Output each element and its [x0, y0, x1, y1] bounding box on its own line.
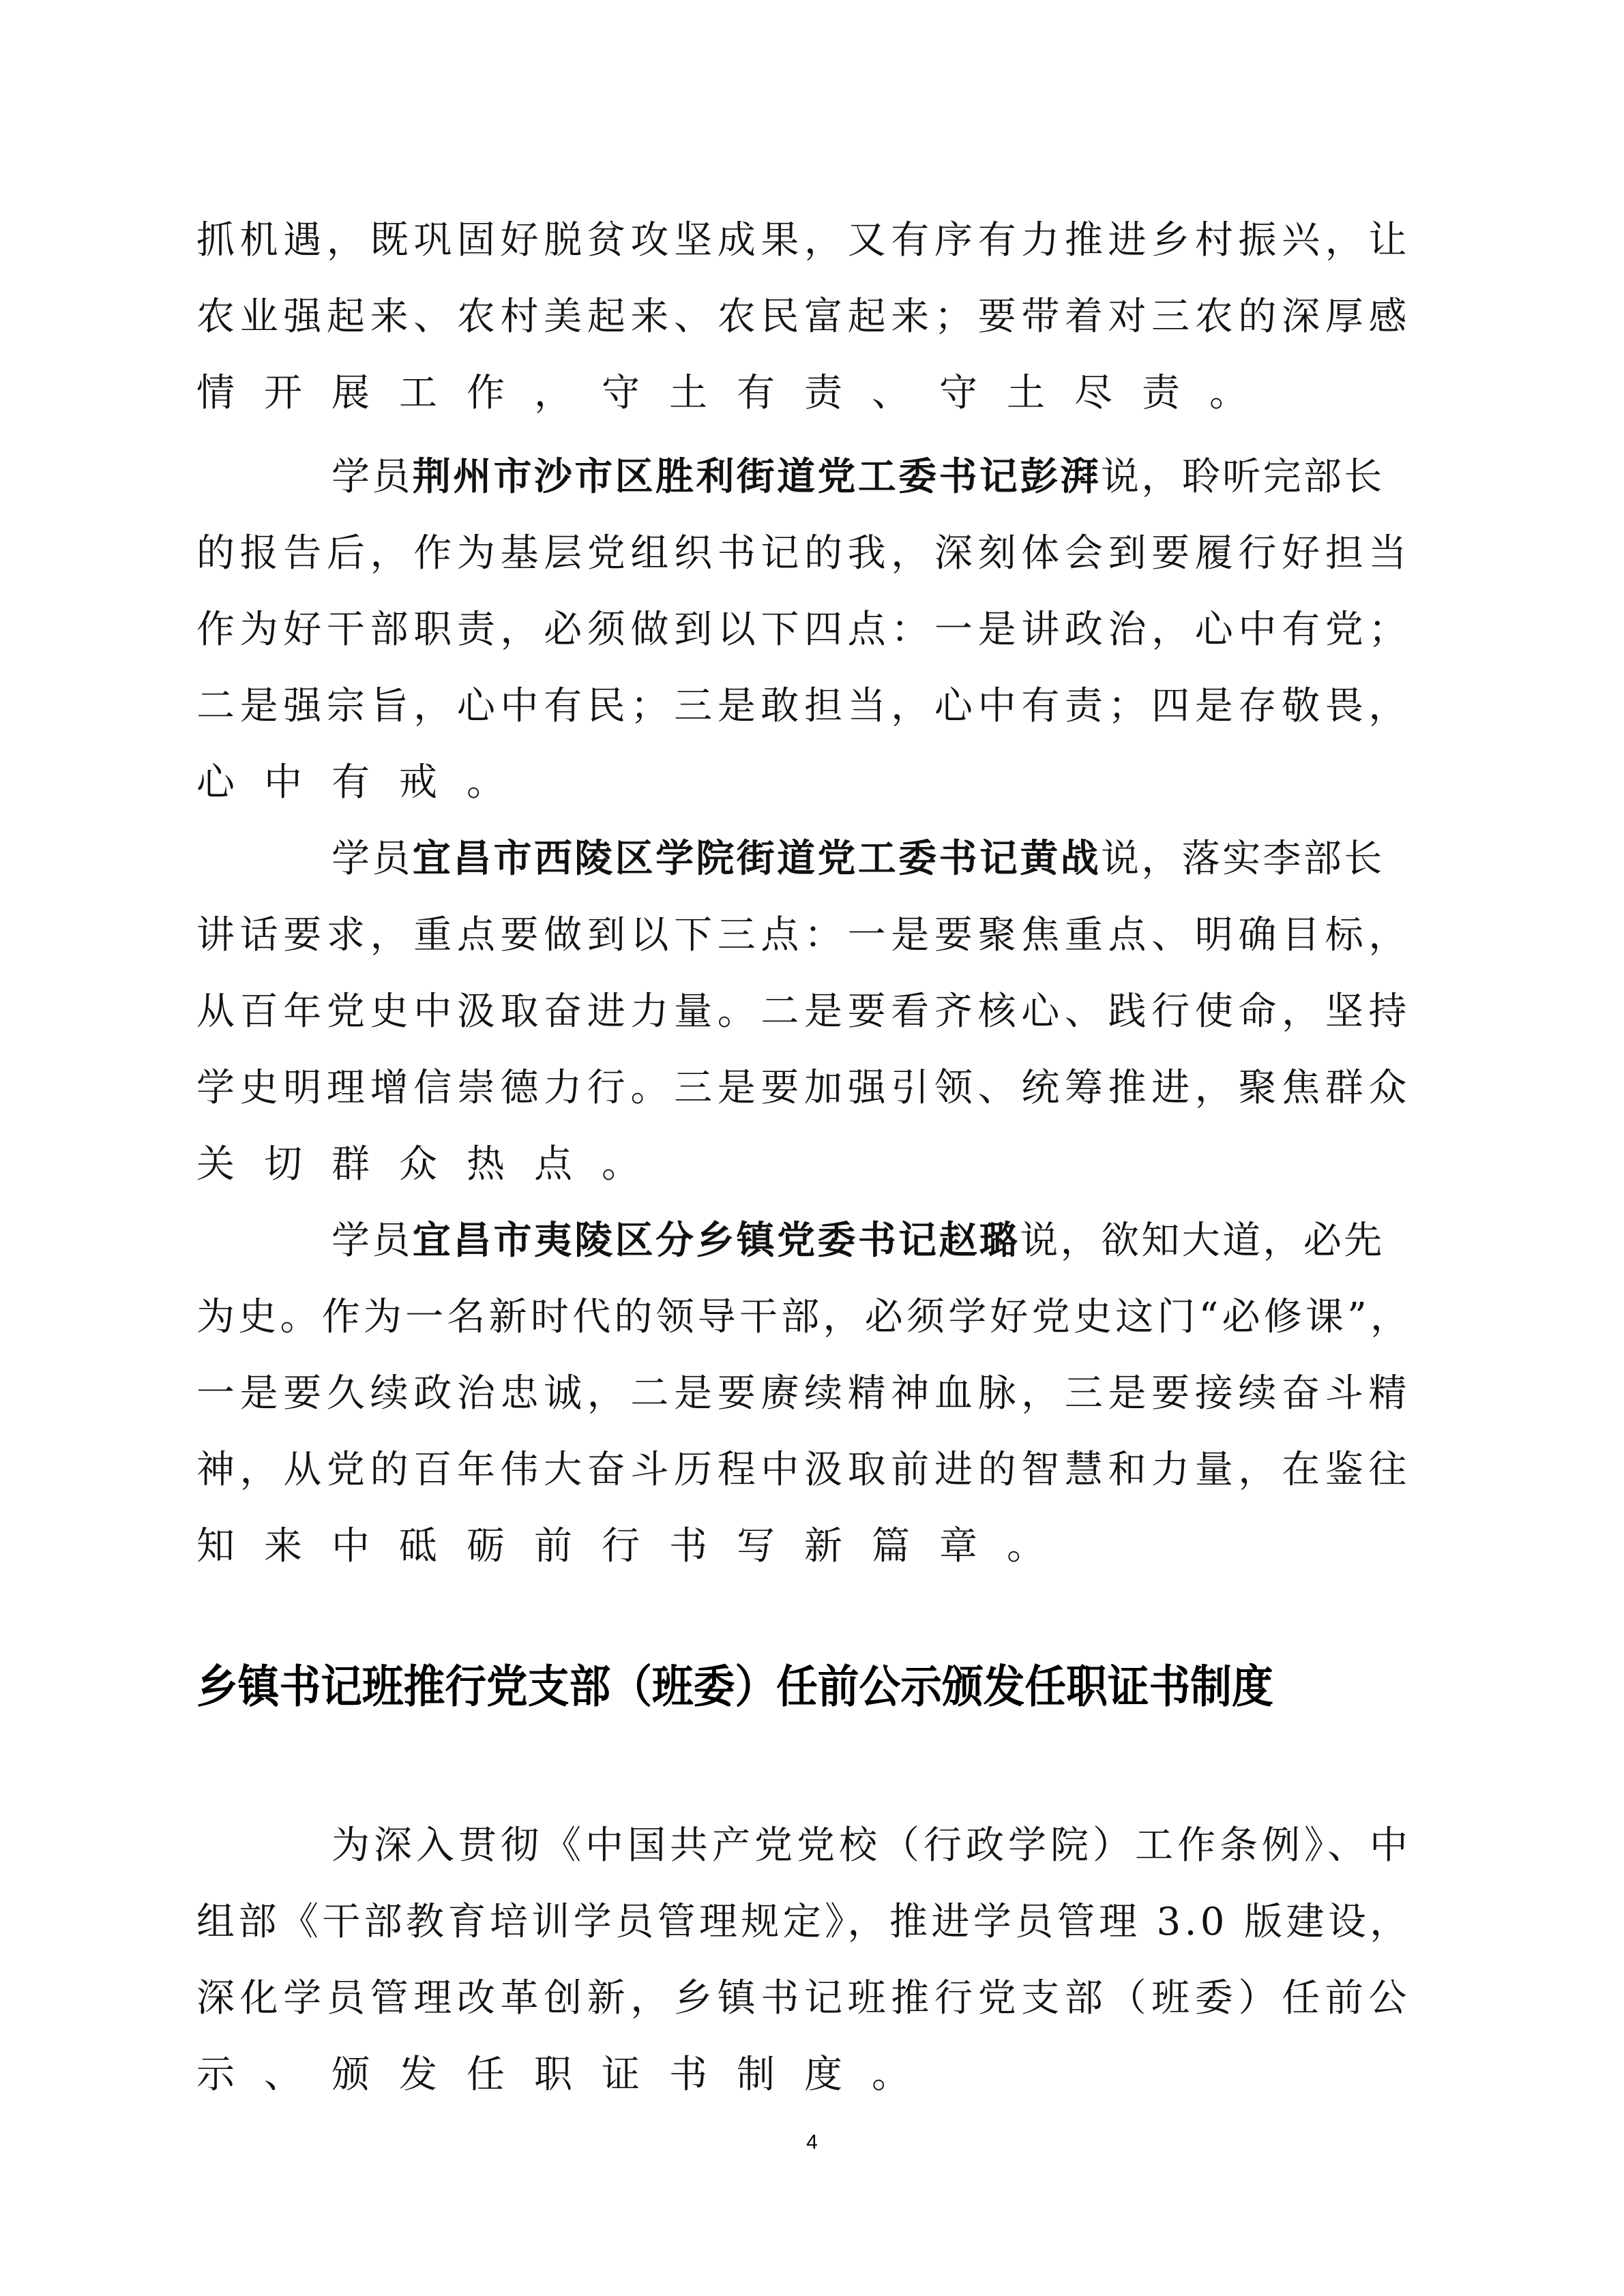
- text-line: 学员荆州市沙市区胜利街道党工委书记彭湃说，聆听完部长: [331, 453, 1385, 501]
- text-line: 学员宜昌市西陵区学院街道党工委书记黄战说，落实李部长: [331, 835, 1385, 883]
- speaker-suffix: 说，聆听完部长: [1101, 455, 1385, 499]
- text-line: 二是强宗旨，心中有民；三是敢担当，心中有责；四是存敬畏，: [196, 683, 1412, 730]
- text-line: 组部《干部教育培训学员管理规定》，推进学员管理 3.0 版建设，: [196, 1898, 1412, 1946]
- speaker-suffix: 说，欲知大道，必先: [1020, 1219, 1384, 1263]
- text-line: 从百年党史中汲取奋进力量。二是要看齐核心、践行使命，坚持: [196, 988, 1412, 1036]
- text-line: 示、颁发任职证书制度。: [196, 2051, 939, 2099]
- text-line: 一是要久续政治忠诚，二是要赓续精神血脉，三是要接续奋斗精: [196, 1370, 1412, 1418]
- text-line: 神，从党的百年伟大奋斗历程中汲取前进的智慧和力量，在鉴往: [196, 1446, 1412, 1494]
- text-line: 农业强起来、农村美起来、农民富起来；要带着对三农的深厚感: [196, 293, 1412, 341]
- text-line: 心中有戒。: [196, 759, 534, 807]
- speaker-name-bold: 宜昌市西陵区学院街道党工委书记黄战: [413, 837, 1101, 881]
- text-line: 情开展工作，守土有责、守土尽责。: [196, 370, 1277, 417]
- text-line: 抓机遇，既巩固好脱贫攻坚成果，又有序有力推进乡村振兴，让: [196, 217, 1412, 265]
- page-number: 4: [0, 2131, 1624, 2154]
- text-line: 学史明理增信崇德力行。三是要加强引领、统筹推进，聚焦群众: [196, 1064, 1412, 1112]
- text-line: 深化学员管理改革创新，乡镇书记班推行党支部（班委）任前公: [196, 1975, 1412, 2023]
- text-line: 学员宜昌市夷陵区分乡镇党委书记赵璐说，欲知大道，必先: [331, 1217, 1385, 1265]
- speaker-suffix: 说，落实李部长: [1101, 837, 1385, 881]
- speaker-prefix: 学员: [331, 837, 413, 881]
- text-line: 作为好干部职责，必须做到以下四点：一是讲政治，心中有党；: [196, 606, 1412, 654]
- speaker-name-bold: 荆州市沙市区胜利街道党工委书记彭湃: [413, 455, 1101, 499]
- text-line: 知来中砥砺前行书写新篇章。: [196, 1523, 1074, 1570]
- text-line: 关切群众热点。: [196, 1141, 669, 1189]
- speaker-name-bold: 宜昌市夷陵区分乡镇党委书记赵璐: [413, 1219, 1020, 1263]
- text-line: 为深入贯彻《中国共产党党校（行政学院）工作条例》、中: [331, 1822, 1412, 1870]
- text-line: 为史。作为一名新时代的领导干部，必须学好党史这门“必修课”，: [196, 1294, 1412, 1341]
- section-heading: 乡镇书记班推行党支部（班委）任前公示颁发任职证书制度: [196, 1656, 1273, 1717]
- text-line: 的报告后，作为基层党组织书记的我，深刻体会到要履行好担当: [196, 530, 1412, 578]
- document-page: 抓机遇，既巩固好脱贫攻坚成果，又有序有力推进乡村振兴，让 农业强起来、农村美起来…: [0, 0, 1624, 2296]
- speaker-prefix: 学员: [331, 455, 413, 499]
- speaker-prefix: 学员: [331, 1219, 413, 1263]
- text-line: 讲话要求，重点要做到以下三点：一是要聚焦重点、明确目标，: [196, 912, 1412, 959]
